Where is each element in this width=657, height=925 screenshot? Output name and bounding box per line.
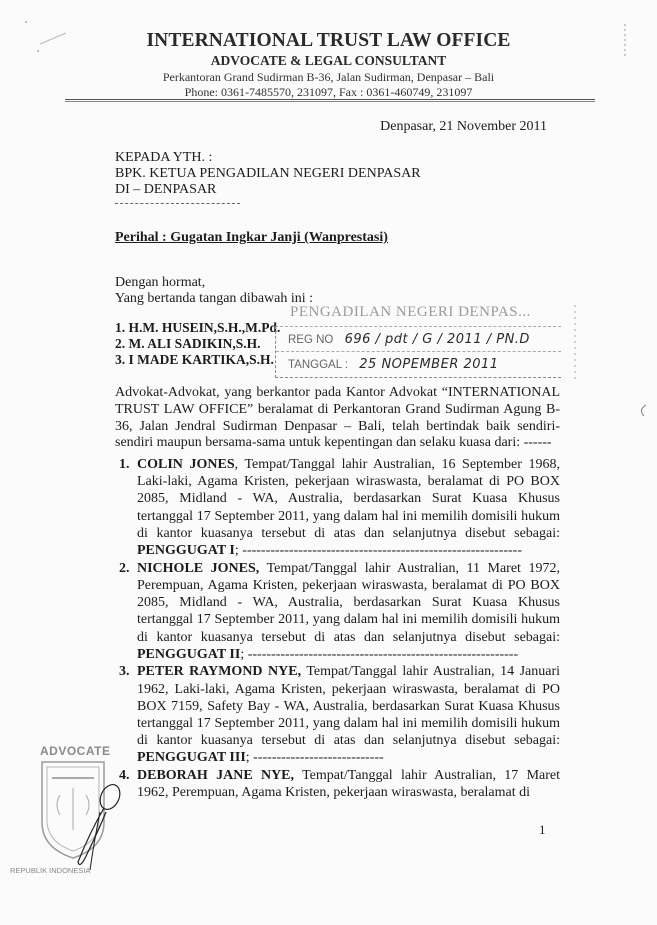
stamp-reg-row: REG NO 696 / pdt / G / 2011 / PN.D (288, 332, 530, 347)
party-number: 2. (119, 560, 130, 577)
party-item: 2.NICHOLE JONES, Tempat/Tanggal lahir Au… (115, 560, 560, 663)
signature-icon (60, 782, 132, 872)
party-number: 3. (119, 663, 130, 680)
document-page: INTERNATIONAL TRUST LAW OFFICE ADVOCATE … (0, 0, 657, 925)
letterhead-subtitle: ADVOCATE & LEGAL CONSULTANT (0, 53, 657, 69)
subject-line: Perihal : Gugatan Ingkar Janji (Wanprest… (115, 230, 388, 246)
party-tail: ; ---------------------------- (246, 750, 384, 765)
counsel-item: 1. H.M. HUSEIN,S.H.,M.Pd. (115, 320, 280, 336)
advocate-emblem-stamp: ADVOCATE REPUBLIK INDONESIA (10, 742, 110, 872)
stamp-date-value: 25 NOPEMBER 2011 (359, 357, 498, 372)
party-item: 4.DEBORAH JANE NYE, Tempat/Tanggal lahir… (115, 767, 560, 801)
counsel-item: 2. M. ALI SADIKIN,S.H. (115, 336, 280, 352)
court-registration-stamp: PENGADILAN NEGERI DENPAS... REG NO 696 /… (272, 300, 562, 376)
counsel-list: 1. H.M. HUSEIN,S.H.,M.Pd. 2. M. ALI SADI… (115, 320, 280, 368)
party-tail: ; --------------------------------------… (235, 543, 522, 558)
party-item: 3.PETER RAYMOND NYE, Tempat/Tanggal lahi… (115, 663, 560, 766)
letterhead-address: Perkantoran Grand Sudirman B-36, Jalan S… (0, 70, 657, 85)
party-name: COLIN JONES (137, 457, 235, 472)
stamp-reg-value: 696 / pdt / G / 2011 / PN.D (345, 332, 530, 347)
recipient-line: KEPADA YTH. : (115, 150, 421, 166)
letterhead-title: INTERNATIONAL TRUST LAW OFFICE (0, 30, 657, 52)
letterhead-divider (65, 99, 595, 102)
letter-date: Denpasar, 21 November 2011 (380, 119, 547, 135)
party-number: 1. (119, 456, 130, 473)
party-item: 1.COLIN JONES, Tempat/Tanggal lahir Aust… (115, 456, 560, 559)
party-tail: ; --------------------------------------… (240, 647, 518, 662)
stamp-date-row: TANGGAL : 25 NOPEMBER 2011 (288, 357, 499, 372)
letterhead-phone: Phone: 0361-7485570, 231097, Fax : 0361-… (0, 85, 657, 100)
parties-list: 1.COLIN JONES, Tempat/Tanggal lahir Aust… (115, 456, 560, 802)
page-number: 1 (539, 822, 546, 838)
party-designation: PENGGUGAT I (137, 543, 235, 558)
party-designation: PENGGUGAT II (137, 647, 240, 662)
stamp-header: PENGADILAN NEGERI DENPAS... (290, 304, 531, 321)
greeting-line: Dengan hormat, (115, 275, 313, 291)
emblem-bottom-text: REPUBLIK INDONESIA (10, 866, 90, 875)
party-name: PETER RAYMOND NYE, (137, 664, 301, 679)
stamp-reg-label: REG NO (288, 334, 333, 346)
recipient-line: DI – DENPASAR (115, 182, 421, 198)
recipient-divider (115, 203, 240, 204)
party-name: DEBORAH JANE NYE, (137, 768, 294, 783)
stamp-divider (276, 351, 561, 352)
stamp-box: REG NO 696 / pdt / G / 2011 / PN.D TANGG… (275, 326, 561, 378)
counsel-item: 3. I MADE KARTIKA,S.H. (115, 352, 280, 368)
party-name: NICHOLE JONES, (137, 561, 259, 576)
stamp-date-label: TANGGAL : (288, 359, 348, 371)
recipient-block: KEPADA YTH. : BPK. KETUA PENGADILAN NEGE… (115, 150, 421, 198)
intro-paragraph: Advokat-Advokat, yang berkantor pada Kan… (115, 385, 560, 452)
party-designation: PENGGUGAT III (137, 750, 246, 765)
recipient-line: BPK. KETUA PENGADILAN NEGERI DENPASAR (115, 166, 421, 182)
emblem-title: ADVOCATE (40, 744, 110, 758)
